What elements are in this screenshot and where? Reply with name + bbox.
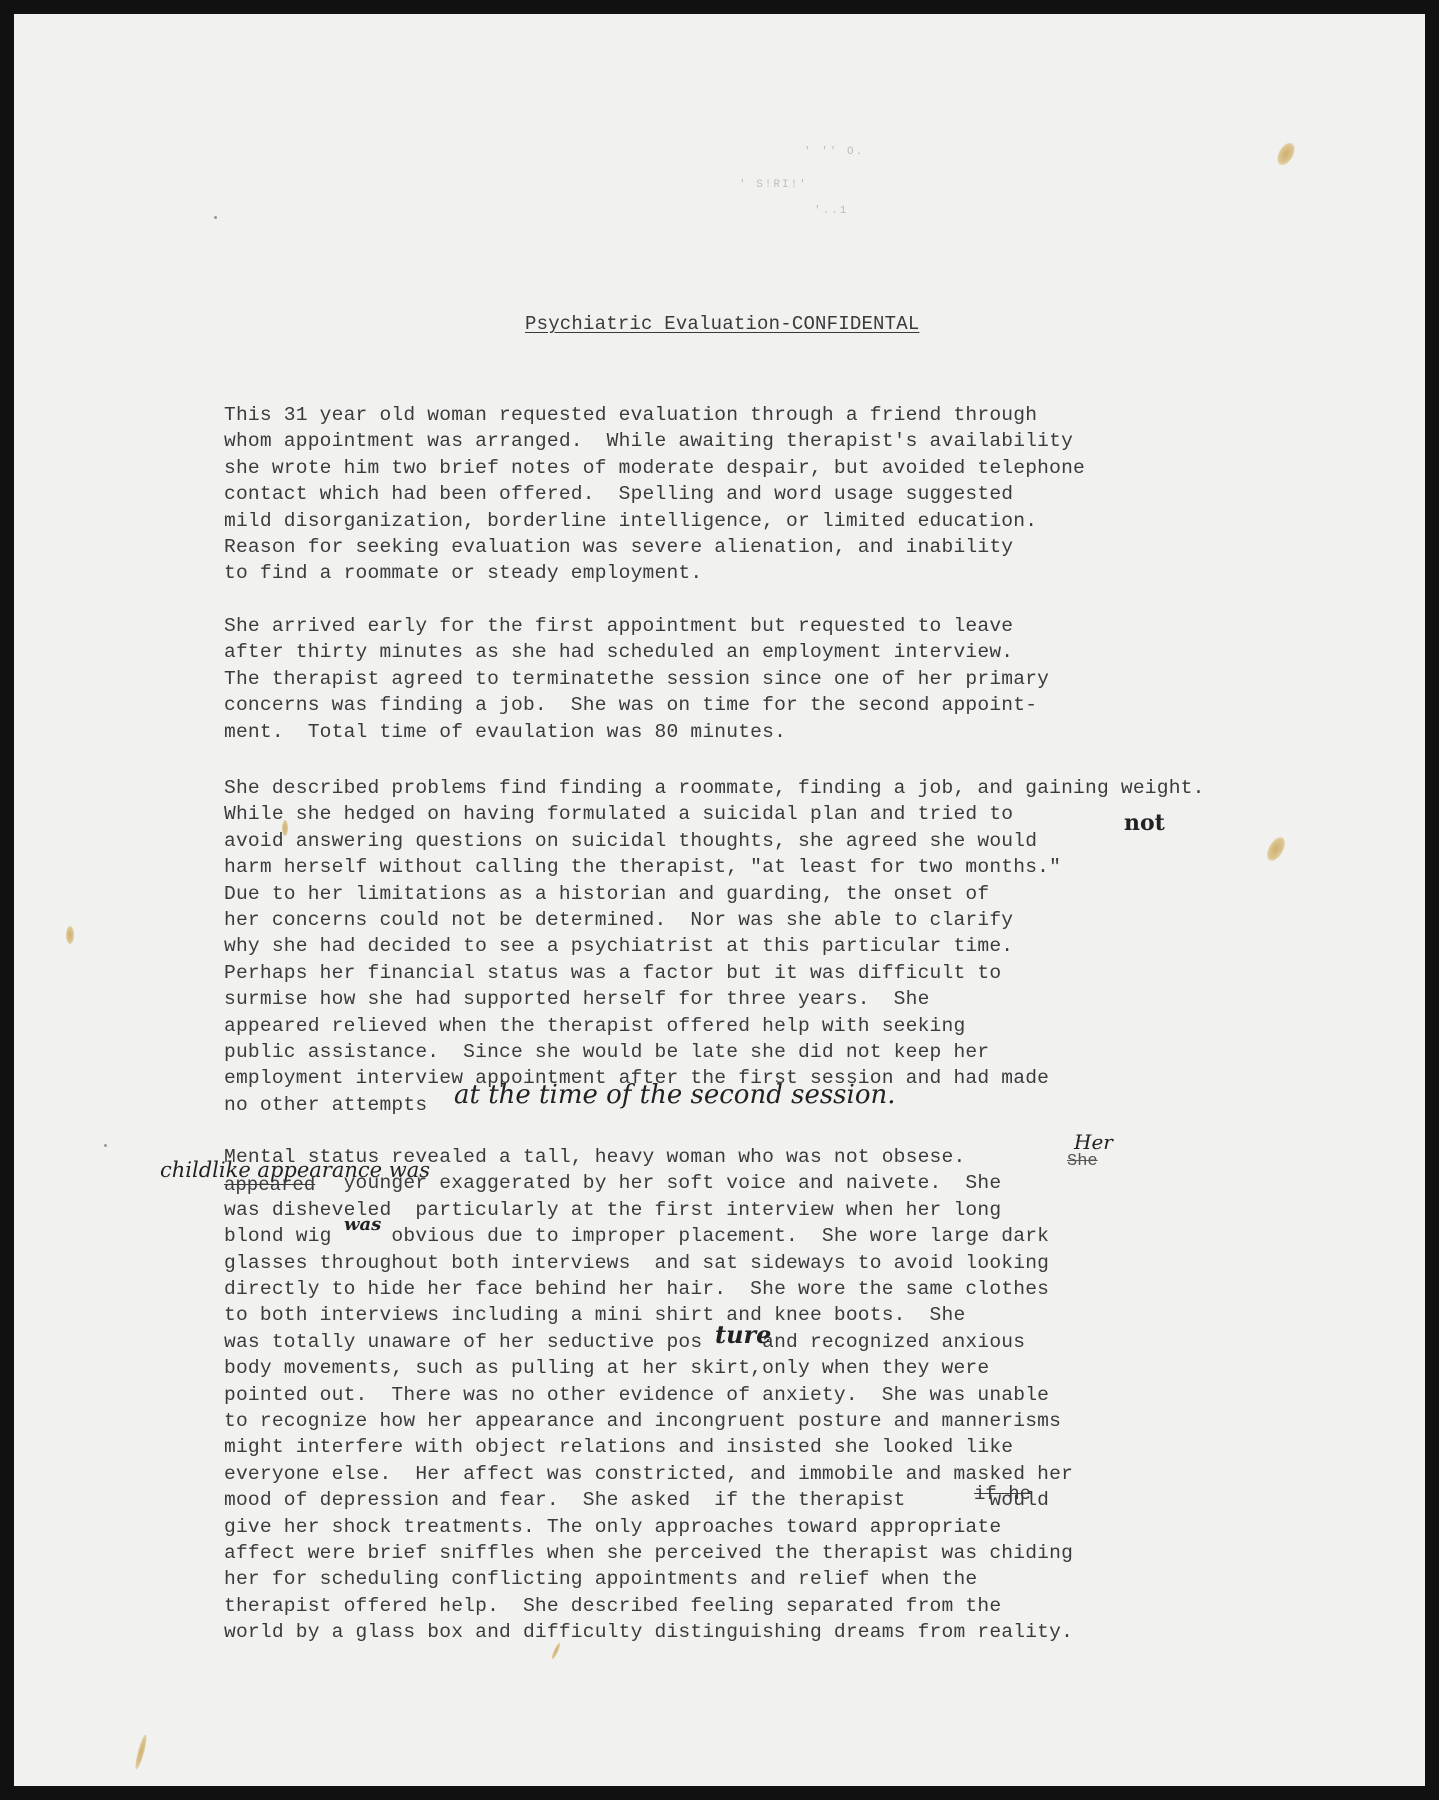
text-line: surmise how she had supported herself fo… — [224, 990, 930, 1010]
text-line: whom appointment was arranged. While awa… — [224, 432, 1073, 452]
document-title: Psychiatric Evaluation-CONFIDENTAL — [525, 313, 919, 335]
text-line: everyone else. Her affect was constricte… — [224, 1465, 1073, 1485]
text-line: why she had decided to see a psychiatris… — [224, 937, 1013, 957]
text-line: affect were brief sniffles when she perc… — [224, 1544, 1073, 1564]
text-line: therapist offered help. She described fe… — [224, 1597, 1001, 1617]
document-page: ' '' O. ' S!RI!' '..1 Psychiatric Evalua… — [14, 14, 1425, 1786]
text-line: This 31 year old woman requested evaluat… — [224, 406, 1037, 426]
text-line: directly to hide her face behind her hai… — [224, 1280, 1049, 1300]
struck-she: She — [1067, 1152, 1098, 1171]
faded-header-mark-2: ' S!RI!' — [739, 179, 808, 191]
text-line: no other attempts — [224, 1096, 427, 1116]
text-line: She arrived early for the first appointm… — [224, 617, 1013, 637]
paper-stain — [282, 820, 288, 836]
text-line: was totally unaware of her seductive pos… — [224, 1333, 1025, 1353]
text-line: her concerns could not be determined. No… — [224, 911, 1013, 931]
paper-stain — [133, 1734, 148, 1770]
text-line: public assistance. Since she would be la… — [224, 1043, 989, 1063]
text-line: she wrote him two brief notes of moderat… — [224, 459, 1085, 479]
text-line: She described problems find finding a ro… — [224, 779, 1205, 799]
text-line: to find a roommate or steady employment. — [224, 564, 702, 584]
handwritten-ture: ture — [715, 1320, 771, 1349]
text-line: her for scheduling conflicting appointme… — [224, 1570, 977, 1590]
text-line: Reason for seeking evaluation was severe… — [224, 538, 1013, 558]
text-line: after thirty minutes as she had schedule… — [224, 643, 1013, 663]
text-line: While she hedged on having formulated a … — [224, 805, 1013, 825]
handwritten-not: not — [1124, 810, 1165, 836]
paper-stain — [66, 926, 74, 944]
paper-speck — [214, 216, 217, 219]
text-line: contact which had been offered. Spelling… — [224, 485, 1013, 505]
text-line: glasses throughout both interviews and s… — [224, 1254, 1049, 1274]
text-line: Perhaps her financial status was a facto… — [224, 964, 1001, 984]
text-line: avoid answering questions on suicidal th… — [224, 832, 1037, 852]
text-line: give her shock treatments. The only appr… — [224, 1518, 1001, 1538]
faded-header-mark-1: ' '' O. — [804, 146, 864, 158]
text-line: body movements, such as pulling at her s… — [224, 1359, 989, 1379]
text-line: was disheveled particularly at the first… — [224, 1201, 1001, 1221]
paper-stain — [550, 1642, 561, 1660]
handwritten-her: Her — [1074, 1130, 1113, 1154]
text-line: mild disorganization, borderline intelli… — [224, 512, 1037, 532]
paper-stain — [1263, 834, 1288, 864]
text-line: harm herself without calling the therapi… — [224, 858, 1061, 878]
text-line: to recognize how her appearance and inco… — [224, 1412, 1061, 1432]
text-line: to both interviews including a mini shir… — [224, 1306, 965, 1326]
struck-appeared: appeared — [224, 1174, 315, 1196]
text-line: The therapist agreed to terminatethe ses… — [224, 670, 1049, 690]
text-line: appeared relieved when the therapist off… — [224, 1017, 965, 1037]
handwritten-was: was — [344, 1214, 381, 1235]
struck-if-he: if he — [974, 1483, 1031, 1505]
paper-stain — [1274, 140, 1298, 168]
text-line: ment. Total time of evaulation was 80 mi… — [224, 723, 786, 743]
paper-speck — [104, 1144, 107, 1147]
handwritten-session-note: at the time of the second session. — [454, 1080, 896, 1110]
text-line: pointed out. There was no other evidence… — [224, 1386, 1049, 1406]
text-line: might interfere with object relations an… — [224, 1438, 1013, 1458]
faded-header-mark-3: '..1 — [814, 205, 848, 217]
text-line: world by a glass box and difficulty dist… — [224, 1623, 1073, 1643]
text-line: Due to her limitations as a historian an… — [224, 885, 989, 905]
text-line: concerns was finding a job. She was on t… — [224, 696, 1037, 716]
text-line: mood of depression and fear. She asked i… — [224, 1491, 1049, 1511]
